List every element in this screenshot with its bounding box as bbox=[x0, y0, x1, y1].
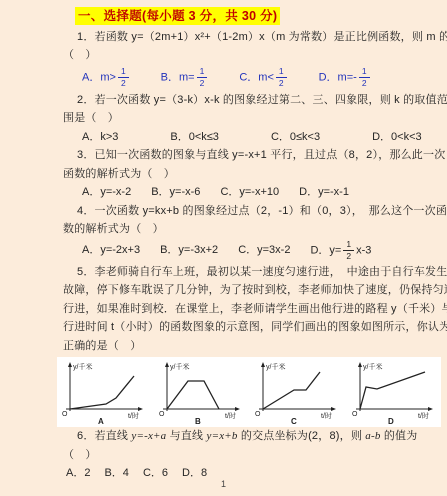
question-line: 数的解析式为（ ） bbox=[63, 220, 447, 239]
fraction-numerator: 1 bbox=[276, 67, 287, 78]
distance-time-curve bbox=[70, 376, 134, 409]
option-b: B．m=12 bbox=[161, 67, 210, 88]
graph-letter: A bbox=[98, 417, 104, 425]
graph-letter: D bbox=[388, 417, 394, 425]
question-4-options: A．y=-2x+3 B．y=-3x+2 C．y=3x-2 D．y=12x-3 bbox=[82, 239, 447, 263]
origin-label: O bbox=[255, 411, 261, 418]
question-2-options: A．k>3 B．0<k≤3 C．0≤k<3 D．0<k<3 bbox=[82, 128, 447, 147]
x-axis-label: t/时 bbox=[225, 411, 236, 420]
page-number: 1 bbox=[0, 475, 447, 494]
question-line: 6．若直线 y=-x+a 与直线 y=x+b 的交点坐标为(2，8)，则 a-b… bbox=[77, 427, 447, 446]
fraction-denominator: 2 bbox=[118, 78, 129, 88]
question-line: 故障，停下修车耽误了几分钟，为了按时到校，李老师加快了速度，仍保持匀速 bbox=[63, 281, 447, 300]
question-5: 5．李老师骑自行车上班，最初以某一速度匀速行进， 中途由于自行车发生 故障，停下… bbox=[0, 263, 447, 428]
fraction: 12 bbox=[276, 67, 287, 88]
distance-time-curve bbox=[167, 381, 219, 409]
worksheet-page: 一、选择题(每小题 3 分，共 30 分) 1．若函数 y=（2m+1）x²+（… bbox=[0, 7, 447, 483]
distance-time-curve bbox=[263, 372, 320, 409]
question-line: 行进，如果准时到校．在课堂上，李老师请学生画出他行进的路程 y（千米）与 bbox=[63, 300, 447, 319]
option-b: B．y=-x-6 bbox=[151, 183, 200, 202]
question-2: 2．若一次函数 y=（3-k）x-k 的图象经过第二、三、四象限，则 k 的取值… bbox=[0, 91, 447, 147]
y-axis-arrow-icon bbox=[165, 362, 169, 367]
option-a: A．y=-x-2 bbox=[82, 183, 131, 202]
y-axis-arrow-icon bbox=[261, 362, 265, 367]
x-axis-label: t/时 bbox=[128, 411, 139, 420]
graph-letter: B bbox=[195, 417, 201, 425]
origin-label: O bbox=[352, 411, 358, 418]
fraction: 12 bbox=[343, 240, 354, 261]
fraction-denominator: 2 bbox=[359, 78, 370, 88]
fraction-denominator: 2 bbox=[276, 78, 287, 88]
origin-label: O bbox=[62, 411, 68, 418]
question-line: 行进时间 t（小时）的函数图象的示意图，同学们画出的图象如图所示，你认为 bbox=[63, 318, 447, 337]
question-3: 3．已知一次函数的图象与直线 y=-x+1 平行，且过点（8，2），那么此一次 … bbox=[0, 146, 447, 202]
math-expression: y=x+b bbox=[206, 430, 237, 442]
y-axis-label: y/千米 bbox=[73, 362, 92, 371]
fraction-denominator: 2 bbox=[343, 251, 354, 261]
question-line: 1．若函数 y=（2m+1）x²+（1-2m）x（m 为常数）是正比例函数，则 … bbox=[77, 28, 447, 47]
option-text: D．y= bbox=[310, 244, 341, 256]
graph-b: y/千米 t/时 O B bbox=[156, 359, 246, 425]
question-line: 3．已知一次函数的图象与直线 y=-x+1 平行，且过点（8，2），那么此一次 bbox=[77, 146, 447, 165]
question-3-options: A．y=-x-2 B．y=-x-6 C．y=-x+10 D．y=-x-1 bbox=[82, 183, 447, 202]
question-4: 4．一次函数 y=kx+b 的图象经过点（2，-1）和（0，3）， 那么这个一次… bbox=[0, 202, 447, 263]
option-a: A．m>12 bbox=[82, 67, 131, 88]
x-axis-label: t/时 bbox=[321, 411, 332, 420]
y-axis-label: y/千米 bbox=[363, 362, 382, 371]
question-text: 的交点坐标为(2，8)，则 bbox=[238, 430, 366, 442]
fraction: 12 bbox=[197, 67, 208, 88]
option-text: A．m> bbox=[82, 71, 116, 83]
question-1-options: A．m>12 B．m=12 C．m<12 D．m=-12 bbox=[82, 65, 447, 91]
question-5-figure: y/千米 t/时 O A y/千米 t/时 O B bbox=[57, 357, 441, 427]
fraction-numerator: 1 bbox=[118, 67, 129, 78]
option-d: D．y=12x-3 bbox=[310, 240, 371, 261]
option-c: C．y=3x-2 bbox=[238, 241, 290, 260]
question-line: 函数的解析式为（ ） bbox=[63, 165, 447, 184]
option-text: C．m< bbox=[239, 71, 274, 83]
option-b: B．y=-3x+2 bbox=[160, 241, 218, 260]
option-a: A．k>3 bbox=[82, 128, 118, 147]
option-c: C．0≤k<3 bbox=[271, 128, 320, 147]
y-axis-label: y/千米 bbox=[266, 362, 285, 371]
question-line: 正确的是（ ） bbox=[63, 337, 447, 356]
x-axis-arrow-icon bbox=[138, 407, 143, 411]
question-line: （ ） bbox=[63, 46, 447, 65]
y-axis-label: y/千米 bbox=[170, 362, 189, 371]
graph-d: y/千米 t/时 O D bbox=[349, 359, 439, 425]
option-a: A．y=-2x+3 bbox=[82, 241, 140, 260]
fraction: 12 bbox=[118, 67, 129, 88]
option-d: D．m=-12 bbox=[319, 67, 372, 88]
distance-time-curve bbox=[360, 372, 425, 409]
option-text: D．m=- bbox=[319, 71, 357, 83]
option-c: C．m<12 bbox=[239, 67, 288, 88]
question-text: 6．若直线 bbox=[77, 430, 131, 442]
graph-letter: C bbox=[291, 417, 297, 425]
option-c: C．y=-x+10 bbox=[220, 183, 279, 202]
origin-label: O bbox=[159, 411, 165, 418]
y-axis-arrow-icon bbox=[68, 362, 72, 367]
graph-c: y/千米 t/时 O C bbox=[252, 359, 342, 425]
fraction: 12 bbox=[359, 67, 370, 88]
math-expression: a-b bbox=[365, 430, 380, 442]
fraction-denominator: 2 bbox=[197, 78, 208, 88]
math-expression: y=-x+a bbox=[131, 430, 166, 442]
fraction-numerator: 1 bbox=[359, 67, 370, 78]
fraction-numerator: 1 bbox=[343, 240, 354, 251]
question-line: 5．李老师骑自行车上班，最初以某一速度匀速行进， 中途由于自行车发生 bbox=[77, 263, 447, 282]
y-axis-arrow-icon bbox=[358, 362, 362, 367]
x-axis-label: t/时 bbox=[418, 411, 429, 420]
x-axis-arrow-icon bbox=[331, 407, 336, 411]
question-1: 1．若函数 y=（2m+1）x²+（1-2m）x（m 为常数）是正比例函数，则 … bbox=[0, 28, 447, 91]
x-axis-arrow-icon bbox=[235, 407, 240, 411]
x-axis-arrow-icon bbox=[428, 407, 433, 411]
question-line: 围是（ ） bbox=[63, 109, 447, 128]
question-text: 的值为 bbox=[381, 430, 418, 442]
graph-a: y/千米 t/时 O A bbox=[59, 359, 149, 425]
option-d: D．y=-x-1 bbox=[299, 183, 349, 202]
question-line: 4．一次函数 y=kx+b 的图象经过点（2，-1）和（0，3）， 那么这个一次… bbox=[77, 202, 447, 221]
option-b: B．0<k≤3 bbox=[170, 128, 219, 147]
option-d: D．0<k<3 bbox=[372, 128, 422, 147]
question-line: （ ） bbox=[63, 446, 447, 465]
question-text: 与直线 bbox=[166, 430, 206, 442]
option-text: x-3 bbox=[356, 244, 371, 256]
fraction-numerator: 1 bbox=[197, 67, 208, 78]
question-line: 2．若一次函数 y=（3-k）x-k 的图象经过第二、三、四象限，则 k 的取值… bbox=[77, 91, 447, 110]
option-text: B．m= bbox=[161, 71, 195, 83]
section-title-row: 一、选择题(每小题 3 分，共 30 分) bbox=[75, 7, 447, 27]
section-title: 一、选择题(每小题 3 分，共 30 分) bbox=[75, 7, 280, 25]
